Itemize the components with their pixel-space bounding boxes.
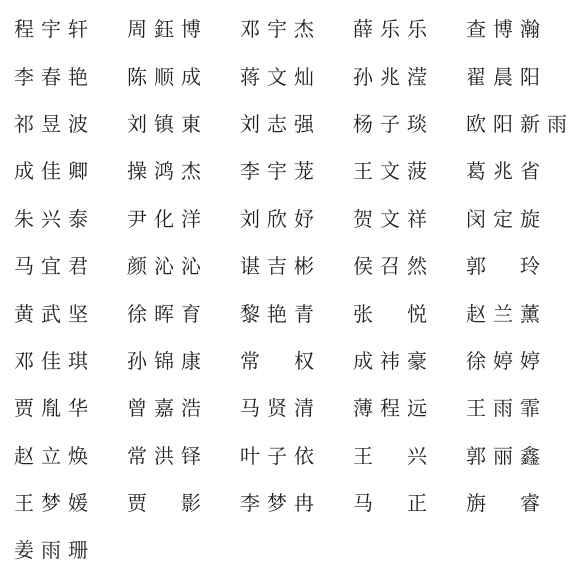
name-item: 王雨霏: [466, 383, 578, 430]
name-item: 旃 睿: [466, 478, 578, 525]
name-item: 孙兆滢: [353, 51, 466, 98]
name-item: 郭丽鑫: [466, 431, 578, 478]
name-item: 曾嘉浩: [127, 383, 240, 430]
name-item: 徐婷婷: [466, 336, 578, 383]
name-item: 马贤清: [240, 383, 353, 430]
name-item: 贺文祥: [353, 194, 466, 241]
name-item: 颜沁沁: [127, 241, 240, 288]
name-item: 黄武坚: [14, 288, 127, 335]
name-item: 常洪铎: [127, 431, 240, 478]
name-item: 刘志强: [240, 99, 353, 146]
name-item: 蒋文灿: [240, 51, 353, 98]
name-item: 程宇轩: [14, 4, 127, 51]
name-item: 马宜君: [14, 241, 127, 288]
name-item: 王梦媛: [14, 478, 127, 525]
name-item: 徐晖育: [127, 288, 240, 335]
name-item: 姜雨珊: [14, 525, 127, 566]
name-item: 张 悦: [353, 288, 466, 335]
name-item: 赵立焕: [14, 431, 127, 478]
name-item: 成祎豪: [353, 336, 466, 383]
name-item: 邓宇杰: [240, 4, 353, 51]
name-item: 赵兰薰: [466, 288, 578, 335]
name-item: 李宇茏: [240, 146, 353, 193]
name-item: 孙锦康: [127, 336, 240, 383]
name-item: 薄程远: [353, 383, 466, 430]
name-item: 李春艳: [14, 51, 127, 98]
name-item: 刘镇東: [127, 99, 240, 146]
name-item: 黎艳青: [240, 288, 353, 335]
name-item: 葛兆省: [466, 146, 578, 193]
name-item: 翟晨阳: [466, 51, 578, 98]
name-item: 查博瀚: [466, 4, 578, 51]
name-item: 王 兴: [353, 431, 466, 478]
name-item: 操鸿杰: [127, 146, 240, 193]
name-item: 王文菠: [353, 146, 466, 193]
name-item: 欧阳新雨: [466, 99, 578, 146]
name-item: 侯召然: [353, 241, 466, 288]
name-item: 尹化洋: [127, 194, 240, 241]
name-item: 马 正: [353, 478, 466, 525]
name-item: 周鈺博: [127, 4, 240, 51]
name-item: 叶子依: [240, 431, 353, 478]
name-item: 李梦冉: [240, 478, 353, 525]
name-item: 刘欣妤: [240, 194, 353, 241]
name-item: 闵定旋: [466, 194, 578, 241]
name-item: 邓佳琪: [14, 336, 127, 383]
name-item: 陈顺成: [127, 51, 240, 98]
name-item: 成佳卿: [14, 146, 127, 193]
name-roster-grid: 程宇轩周鈺博邓宇杰薛乐乐查博瀚李春艳陈顺成蒋文灿孙兆滢翟晨阳祁昱波刘镇東刘志强杨…: [0, 0, 578, 566]
name-item: 常 权: [240, 336, 353, 383]
name-item: 薛乐乐: [353, 4, 466, 51]
name-item: 郭 玲: [466, 241, 578, 288]
name-item: 朱兴泰: [14, 194, 127, 241]
name-item: 谌吉彬: [240, 241, 353, 288]
name-item: 贾胤华: [14, 383, 127, 430]
name-item: 贾 影: [127, 478, 240, 525]
name-item: 祁昱波: [14, 99, 127, 146]
name-item: 杨子琰: [353, 99, 466, 146]
